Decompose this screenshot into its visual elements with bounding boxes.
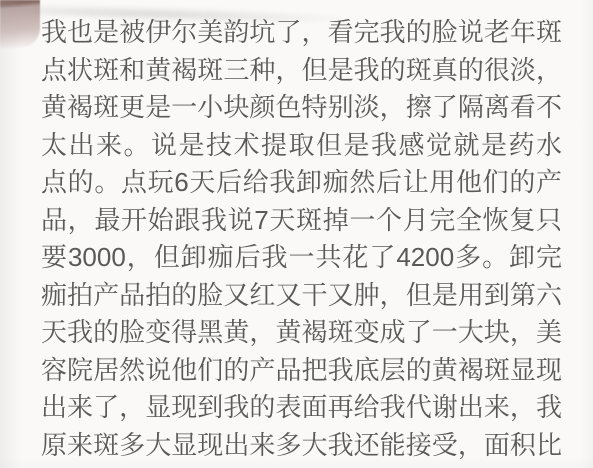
post-text-line: 容院居然说他们的产品把我底层的黄褐斑显现: [41, 352, 562, 390]
post-text-line: 品，最开始跟我说7天斑掉一个月完全恢复只: [41, 202, 562, 240]
post-text-line: 天我的脸变得黑黄，黄褐斑变成了一大块，美: [41, 314, 562, 352]
post-text-line: 要3000，但卸痂后我一共花了4200多。卸完: [41, 239, 562, 277]
post-screenshot: 我也是被伊尔美韵坑了，看完我的脸说老年斑 点状斑和黄褐斑三种，但是我的斑真的很淡…: [0, 0, 593, 468]
post-text: 我也是被伊尔美韵坑了，看完我的脸说老年斑 点状斑和黄褐斑三种，但是我的斑真的很淡…: [41, 14, 562, 464]
post-text-line: 黄褐斑更是一小块颜色特别淡，擦了隔离看不: [41, 89, 562, 127]
post-text-line: 太出来。说是技术提取但是我感觉就是药水: [41, 127, 562, 165]
post-text-line: 点的。点玩6天后给我卸痂然后让用他们的产: [41, 164, 562, 202]
post-text-line: 点状斑和黄褐斑三种，但是我的斑真的很淡，: [41, 52, 562, 90]
post-text-line: 痂拍产品拍的脸又红又干又肿，但是用到第六: [41, 277, 562, 315]
post-text-line: 原来斑多大显现出来多大我还能接受，面积比: [41, 427, 562, 465]
post-text-line: 出来了，显现到我的表面再给我代谢出来，我: [41, 389, 562, 427]
post-text-line: 我也是被伊尔美韵坑了，看完我的脸说老年斑: [41, 14, 562, 52]
